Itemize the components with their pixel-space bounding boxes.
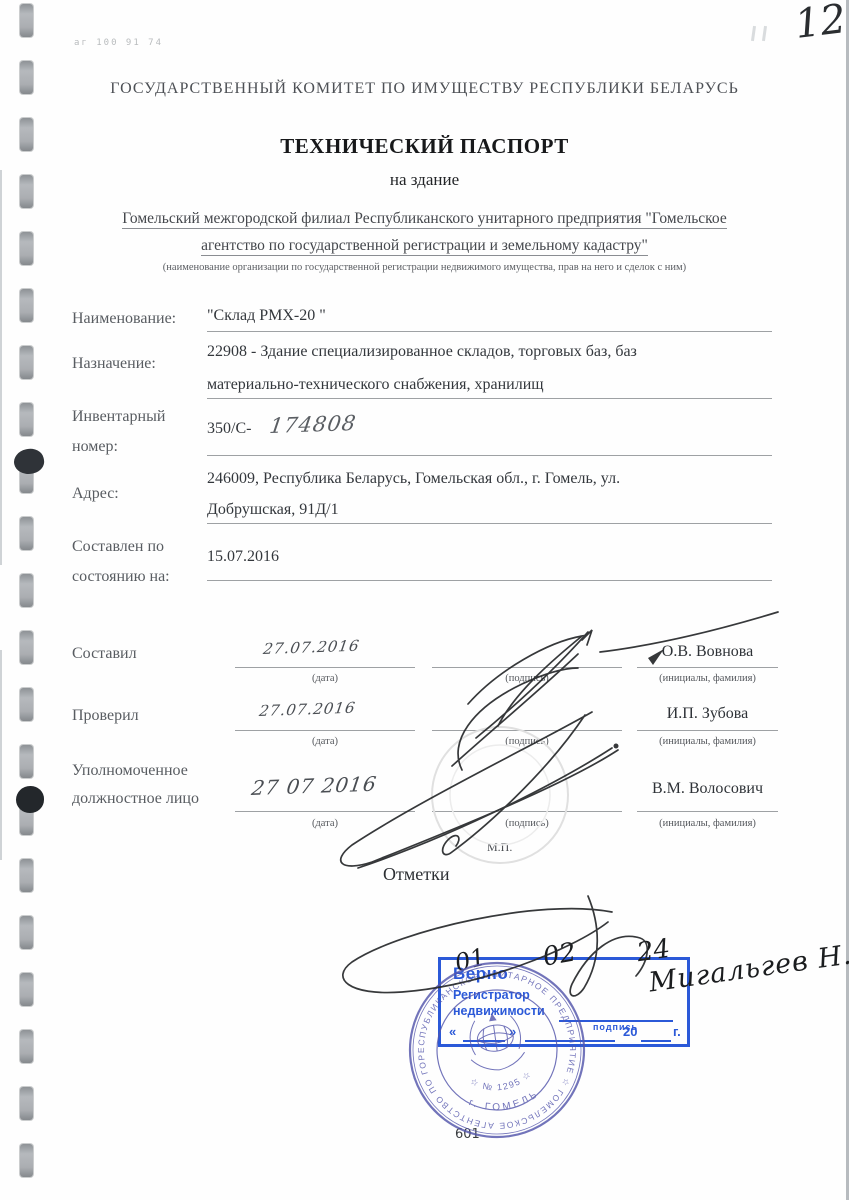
organization-line2-text: агентство по государственной регистрации… [201, 237, 648, 256]
caption-name: (инициалы, фамилия) [637, 736, 778, 747]
binding-hole [20, 346, 33, 379]
field-underline [207, 398, 772, 399]
binding-hole [20, 1030, 33, 1063]
sig-row2-label: Проверил [72, 707, 139, 725]
stamp-year-handwritten: 24 [635, 934, 672, 968]
scan-code: аг 100 91 74 [74, 38, 163, 48]
sig-line [637, 811, 778, 812]
field-address-value-line1: 246009, Республика Беларусь, Гомельская … [207, 470, 620, 488]
stamp-role-line2: недвижимости [453, 1004, 545, 1018]
signature-stroke [476, 630, 592, 738]
caption-sign: (подпись) [432, 818, 622, 829]
faint-pencil-mark [762, 26, 767, 41]
field-inventory-handwritten: 174808 [268, 411, 358, 438]
field-purpose-value-line2: материально-технического снабжения, хран… [207, 376, 544, 394]
field-inventory-label-line2: номер: [72, 438, 118, 456]
seal-city-text: г. ГОМЕЛЬ [466, 1087, 543, 1117]
stamp-month-handwritten: 02 [541, 937, 579, 972]
field-compiled-label-line1: Составлен по [72, 538, 164, 556]
stamp-role-line1: Регистратор [453, 988, 530, 1002]
faint-pencil-mark [751, 26, 756, 41]
stamp-quote-open: « [449, 1024, 456, 1039]
sig-row3-label-line1: Уполномоченное [72, 762, 188, 780]
field-compiled-label-line2: состоянию на: [72, 568, 170, 586]
field-inventory-label-line1: Инвентарный [72, 408, 165, 426]
field-underline [207, 523, 772, 524]
stamp-year-suffix: г. [673, 1024, 681, 1039]
binding-hole [20, 4, 33, 37]
binding-hole [20, 859, 33, 892]
field-purpose-value-line1: 22908 - Здание специализированное складо… [207, 343, 637, 361]
field-address-label: Адрес: [72, 485, 119, 503]
document-title: ТЕХНИЧЕСКИЙ ПАСПОРТ [0, 134, 849, 159]
sig-line [637, 667, 778, 668]
sig-row1-date-handwritten: 27.07.2016 [262, 637, 361, 658]
organization-line1-text: Гомельский межгородской филиал Республик… [122, 210, 726, 229]
caption-date: (дата) [235, 673, 415, 684]
field-underline [207, 331, 772, 332]
binding-hole [20, 289, 33, 322]
sig-row2-date-handwritten: 27.07.2016 [258, 699, 357, 720]
sig-row1-label: Составил [72, 645, 137, 663]
stamp-year-line [641, 1040, 671, 1042]
sig-row3-label-line2: должностное лицо [72, 790, 199, 808]
binding-hole [20, 688, 33, 721]
sig-row2-name: И.П. Зубова [637, 705, 778, 723]
organization-line1: Гомельский межгородской филиал Республик… [0, 210, 849, 228]
binding-hole [20, 1144, 33, 1177]
sig-row1-name: О.В. Вовнова [637, 643, 778, 661]
ink-signatures [341, 612, 778, 996]
caption-name: (инициалы, фамилия) [637, 673, 778, 684]
sig-line [235, 730, 415, 731]
field-purpose-label: Назначение: [72, 355, 156, 373]
stamp-day-line [463, 1040, 505, 1042]
caption-sign: (подпись) [432, 673, 622, 684]
stamp-quote-close: » [509, 1024, 516, 1039]
scanned-document-page: аг 100 91 74 12 ГОСУДАРСТВЕННЫЙ КОМИТЕТ … [0, 0, 849, 1200]
sig-row3-date-handwritten: 27 07 2016 [250, 772, 379, 800]
binding-hole [20, 1087, 33, 1120]
sig-row3-name: В.М. Волосович [637, 780, 778, 798]
binding-ring-blob [12, 446, 47, 477]
committee-header: ГОСУДАРСТВЕННЫЙ КОМИТЕТ ПО ИМУЩЕСТВУ РЕС… [0, 80, 849, 98]
sig-line [432, 667, 622, 668]
binding-hole [20, 916, 33, 949]
field-inventory-prefix: 350/С- [207, 420, 251, 438]
caption-name: (инициалы, фамилия) [637, 818, 778, 829]
seal-number-text: ☆ № 1295 ☆ [468, 1068, 536, 1097]
field-name-value: "Склад РМХ-20 " [207, 307, 326, 325]
svg-text:г. ГОМЕЛЬ: г. ГОМЕЛЬ [466, 1087, 543, 1117]
binding-hole [20, 517, 33, 550]
field-address-value-line2: Добрушская, 91Д/1 [207, 501, 339, 519]
caption-sign: (подпись) [432, 736, 622, 747]
scan-edge-line [0, 170, 2, 565]
caption-date: (дата) [235, 818, 415, 829]
signature-stroke [358, 748, 612, 868]
sig-line [637, 730, 778, 731]
field-name-label: Наименование: [72, 310, 176, 328]
sig-line [432, 811, 622, 812]
seal-placeholder-label: М.П. [487, 840, 512, 855]
document-subtitle: на здание [0, 170, 849, 190]
binding-hole [20, 574, 33, 607]
binding-hole [20, 973, 33, 1006]
sig-line [235, 667, 415, 668]
sig-line [432, 730, 622, 731]
binding-hole [20, 403, 33, 436]
page-number: 601 [455, 1127, 480, 1142]
field-underline [207, 580, 772, 581]
binding-hole [20, 745, 33, 778]
caption-date: (дата) [235, 736, 415, 747]
sig-line [235, 811, 415, 812]
field-compiled-value: 15.07.2016 [207, 548, 279, 566]
binding-hole [20, 631, 33, 664]
handwritten-page-number: 12 [793, 0, 848, 45]
registrar-signature-name: Мигальгев Н.В [647, 936, 849, 998]
stamp-month-line [525, 1040, 615, 1042]
svg-text:☆ № 1295 ☆: ☆ № 1295 ☆ [468, 1068, 536, 1097]
signature-stroke [452, 654, 578, 766]
binding-ring-blob [16, 786, 44, 813]
scan-edge-line [0, 650, 2, 860]
organization-caption: (наименование организации по государстве… [0, 262, 849, 273]
organization-line2: агентство по государственной регистрации… [0, 237, 849, 255]
stamp-year-prefix: 20 [623, 1024, 637, 1039]
field-underline [207, 455, 772, 456]
marks-section-title: Отметки [383, 864, 450, 885]
